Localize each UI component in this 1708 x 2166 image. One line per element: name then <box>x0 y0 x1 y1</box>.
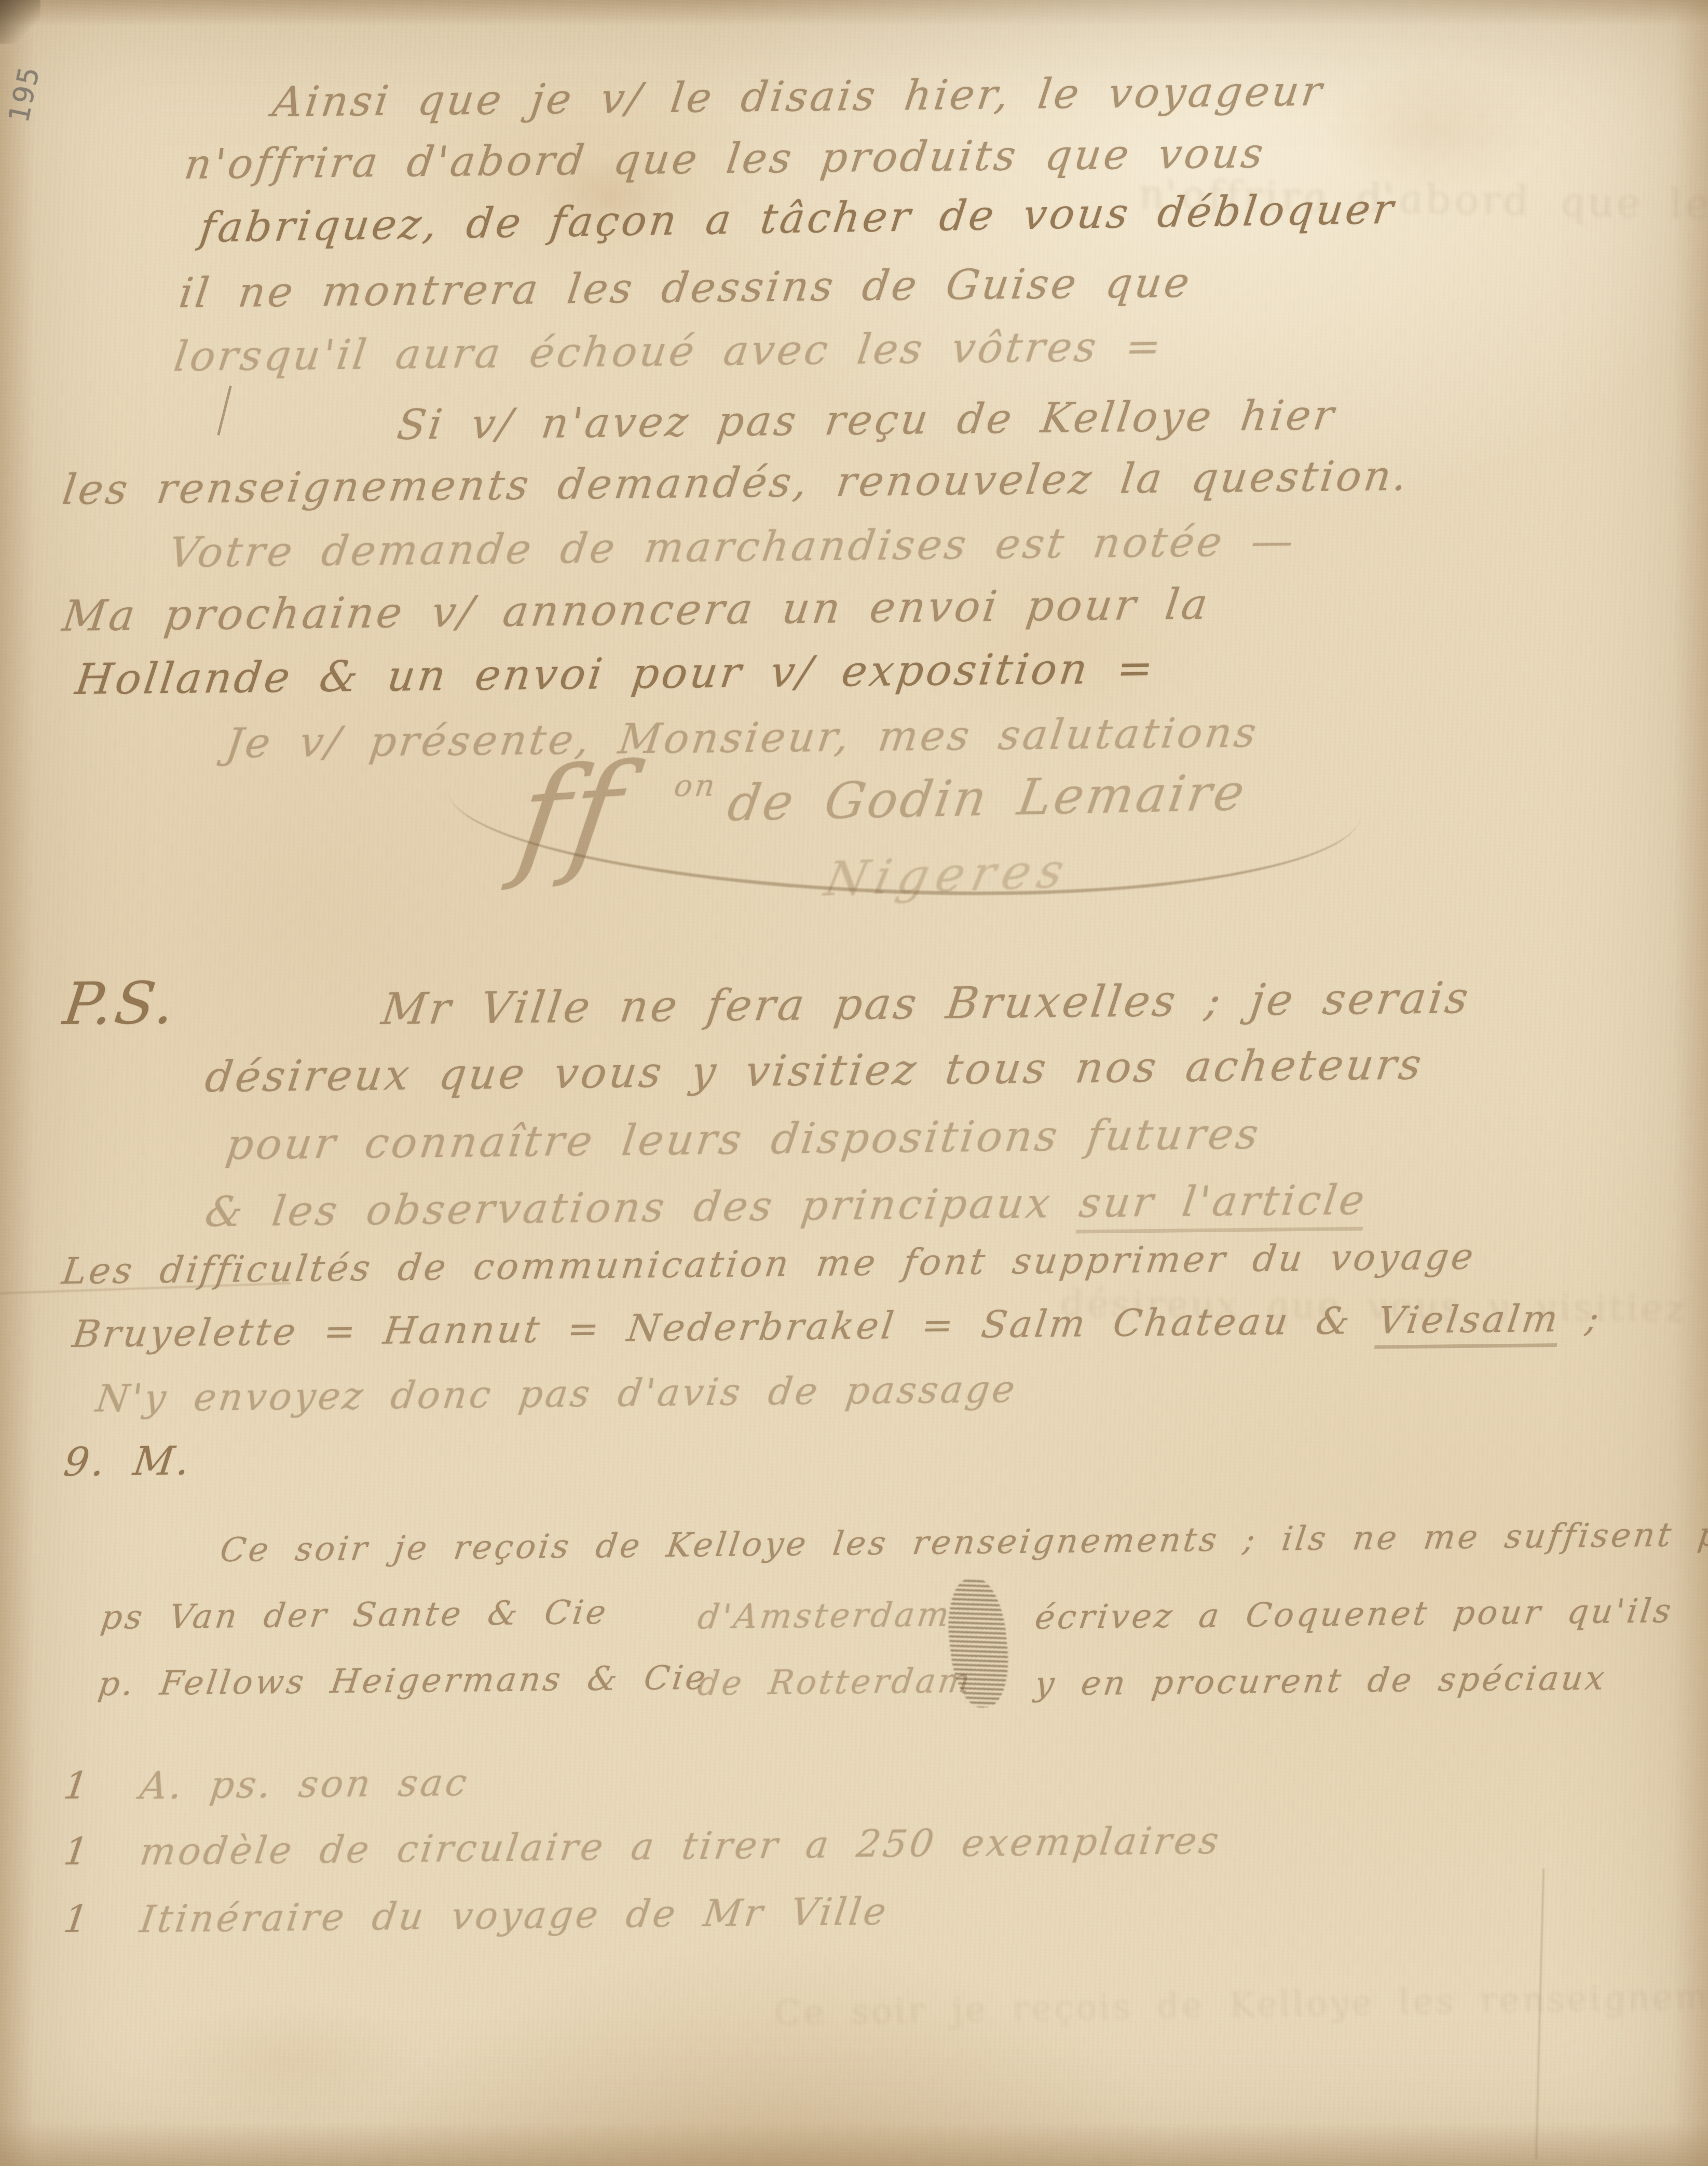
enclosure-text: modèle de circulaire a tirer a 250 exemp… <box>138 1818 1224 1873</box>
enclosure-text: A. ps. son sac <box>138 1760 472 1807</box>
body-line: fabriquez, de façon a tâcher de vous déb… <box>197 185 1399 252</box>
evening-firm: p. Fellows Heigermans & Cie <box>96 1659 710 1704</box>
evening-rest: y en procurent de spéciaux <box>1033 1659 1609 1704</box>
enclosure-qty: 1 <box>61 1763 93 1807</box>
route-line2-pre: Bruyelette = Hannut = Nederbrakel = Salm… <box>70 1299 1381 1356</box>
postscript-label: P.S. <box>60 970 181 1038</box>
archival-number-pencil: 195 <box>2 63 46 126</box>
evening-city: de Rotterdam <box>695 1662 975 1704</box>
route-initials: 9. M. <box>61 1437 195 1485</box>
body-line: Hollande & un envoi pour v/ exposition = <box>73 644 1159 704</box>
route-line2-post: ; <box>1557 1296 1604 1340</box>
body-line: n'offrira d'abord que les produits que v… <box>182 129 1268 188</box>
postscript-line4-pre: & les observations des principaux <box>202 1178 1083 1236</box>
route-line: Bruyelette = Hannut = Nederbrakel = Salm… <box>70 1296 1604 1356</box>
enclosure-text: Itinéraire du voyage de Mr Ville <box>138 1889 891 1941</box>
postscript-line: désireux que vous y visitiez tous nos ac… <box>202 1040 1427 1102</box>
postscript-line: & les observations des principaux sur l'… <box>202 1176 1370 1236</box>
evening-line: Ce soir je reçois de Kelloye les renseig… <box>218 1515 1708 1570</box>
evening-city: d'Amsterdam <box>695 1596 954 1637</box>
body-line: il ne montrera les dessins de Guise que <box>176 258 1195 317</box>
manuscript-letter-scan: { "document": { "archival_number": "195"… <box>0 0 1708 2166</box>
page-corner-shadow <box>0 0 40 44</box>
body-line: Je v/ présente, Monsieur, mes salutation… <box>223 708 1262 767</box>
body-line: Votre demande de marchandises est notée … <box>166 516 1299 577</box>
body-line: Si v/ n'avez pas reçu de Kelloye hier <box>394 391 1339 449</box>
enclosure-qty: 1 <box>61 1829 93 1873</box>
ink-bleed: Ce soir je reçois de Kelloye les renseig… <box>771 1966 1708 2033</box>
body-line: lorsqu'il aura échoué avec les vôtres = <box>171 322 1166 380</box>
route-line: N'y envoyez donc pas d'avis de passage <box>93 1367 1020 1420</box>
postscript-line: Mr Ville ne fera pas Bruxelles ; je sera… <box>379 972 1473 1034</box>
body-line: les renseignements demandés, renouvelez … <box>60 452 1412 514</box>
body-line: Ainsi que je v/ le disais hier, le voyag… <box>270 67 1327 126</box>
countersignature: Nigeres <box>820 843 1076 907</box>
letter-page: 195 n'offrira d'abord que les produits q… <box>0 0 1708 2166</box>
evening-firm: ps Van der Sante & Cie <box>99 1593 611 1637</box>
postscript-line4-underlined: sur l'article <box>1076 1176 1370 1234</box>
evening-rest: écrivez a Coquenet pour qu'ils <box>1033 1592 1676 1637</box>
enclosure-qty: 1 <box>61 1897 93 1941</box>
route-line2-underlined: Vielsalm <box>1374 1297 1563 1349</box>
postscript-line: pour connaître leurs dispositions future… <box>223 1109 1264 1169</box>
body-line: Ma prochaine v/ annoncera un envoi pour … <box>60 580 1213 641</box>
paper-stain <box>156 1998 426 2123</box>
pen-stroke <box>217 386 232 435</box>
